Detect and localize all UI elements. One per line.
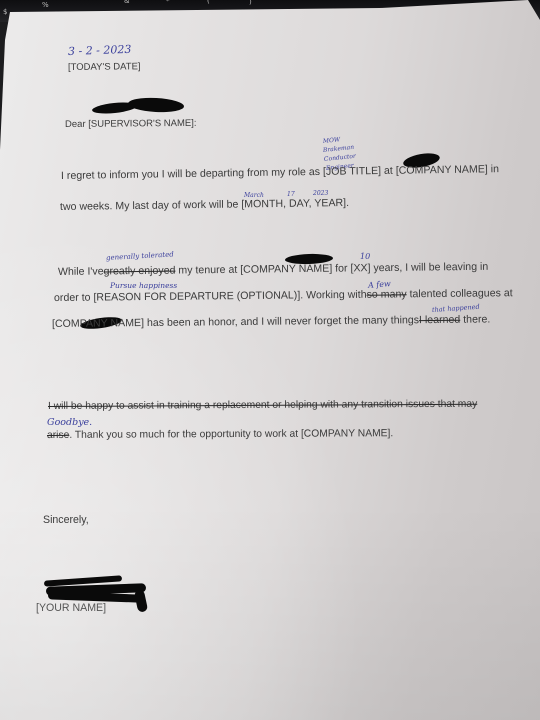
paragraph2-line3: [COMPANY NAME] has been an honor, and I …	[52, 313, 490, 330]
paragraph1-line2: two weeks. My last day of work will be […	[60, 197, 349, 213]
paragraph3-line1-struck: I will be happy to assist in training a …	[48, 399, 477, 412]
reason-annotation: Pursue happiness	[110, 281, 177, 290]
redaction-mark	[134, 589, 148, 613]
text-segment: . Thank you so much for the opportunity …	[69, 428, 393, 441]
years-annotation: 10	[360, 252, 370, 261]
annotation-line: MOW	[323, 136, 341, 145]
struck-text: so many	[367, 288, 407, 300]
paragraph1-line1: I regret to inform you I will be departi…	[61, 163, 499, 182]
year-annotation: 2023	[313, 190, 328, 197]
goodbye-insert: Goodbye.	[47, 417, 92, 428]
things-insert: that happened	[432, 303, 480, 314]
redaction-mark	[48, 591, 140, 602]
paragraph2-line1: While I'vegreatly enjoyed my tenure at […	[58, 261, 488, 278]
paragraph3-line2: arise. Thank you so much for the opportu…	[47, 428, 393, 441]
text-segment: my tenure at [COMPANY NAME] for [XX] yea…	[175, 261, 488, 277]
text-segment: there.	[460, 313, 490, 325]
struck-text: I learned	[419, 314, 460, 326]
struck-text: greatly enjoyed	[104, 265, 176, 278]
text-segment: talented colleagues at	[407, 287, 513, 300]
text-segment: order to [REASON FOR DEPARTURE (OPTIONAL…	[54, 289, 367, 304]
date-placeholder: [TODAY'S DATE]	[68, 61, 141, 73]
struck-text: arise	[47, 430, 69, 441]
signature-placeholder: [YOUR NAME]	[36, 602, 106, 614]
tenure-insert: generally tolerated	[106, 250, 174, 262]
closing: Sincerely,	[43, 514, 89, 526]
text-segment: [COMPANY NAME] has been an honor, and I …	[52, 314, 419, 330]
redaction-mark	[128, 97, 185, 114]
salutation: Dear [SUPERVISOR'S NAME]:	[65, 118, 197, 130]
resignation-letter: 3 - 2 - 2023 [TODAY'S DATE] Dear [SUPERV…	[0, 0, 540, 720]
text-segment: While I've	[58, 265, 104, 278]
handwritten-date: 3 - 2 - 2023	[68, 43, 132, 58]
